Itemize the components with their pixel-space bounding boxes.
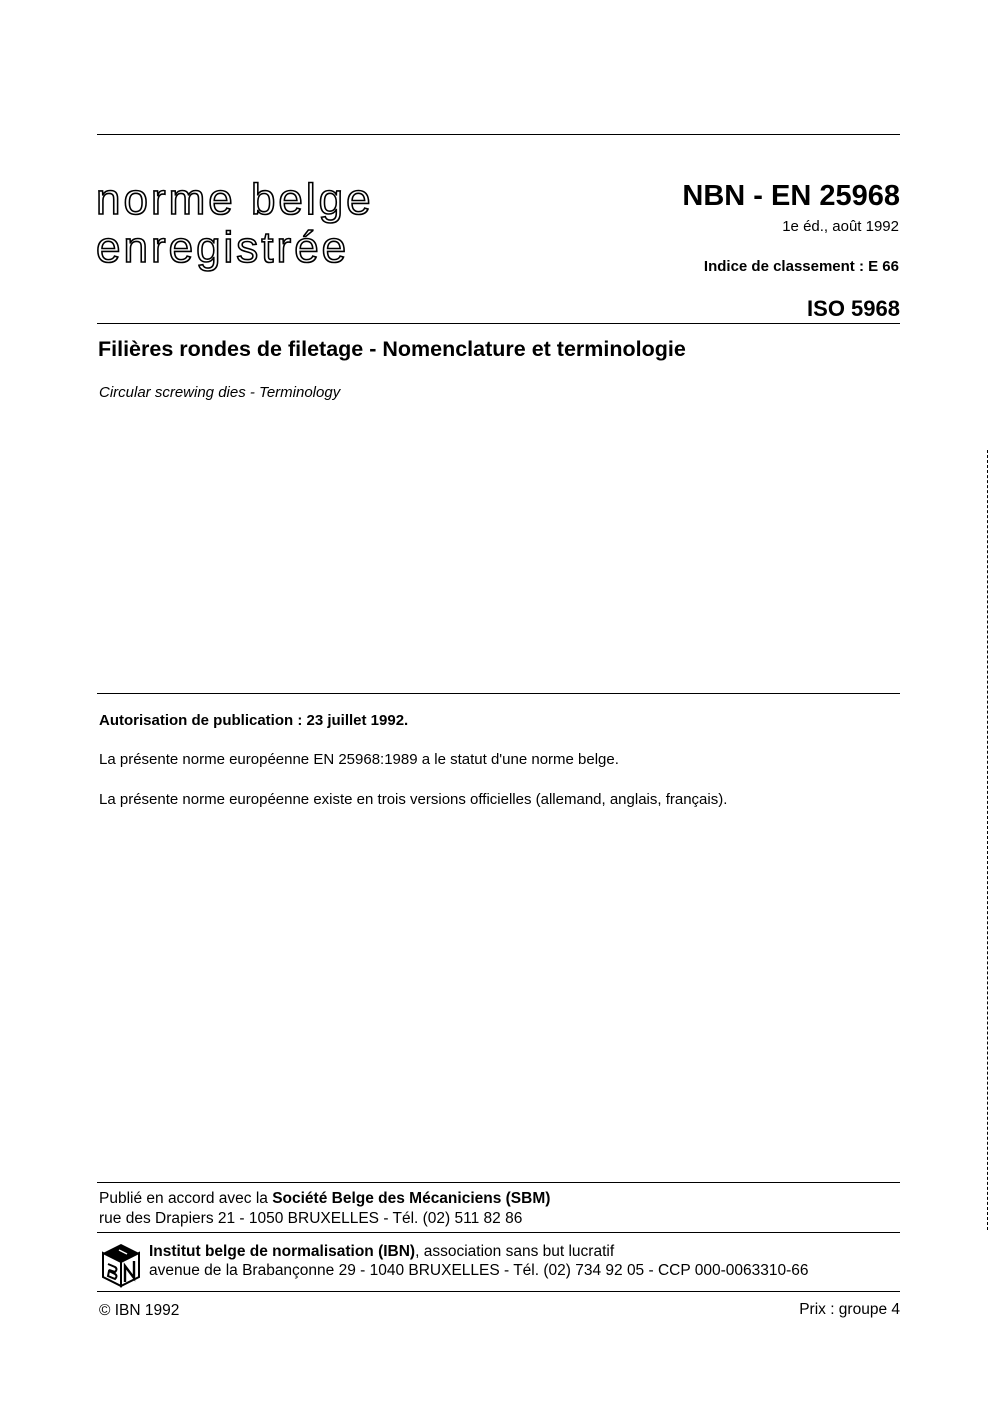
partner-name: Société Belge des Mécaniciens (SBM) — [272, 1190, 550, 1207]
price-group: Prix : groupe 4 — [799, 1301, 900, 1319]
footer-rule-top — [97, 1182, 900, 1183]
copyright: © IBN 1992 — [99, 1302, 179, 1320]
ibn-cube-logo-icon — [101, 1242, 141, 1288]
status-statement: La présente norme européenne EN 25968:19… — [99, 751, 619, 768]
publication-authorization: Autorisation de publication : 23 juillet… — [99, 712, 408, 729]
header-rule — [97, 323, 900, 324]
versions-statement: La présente norme européenne existe en t… — [99, 791, 727, 808]
english-title: Circular screwing dies - Terminology — [99, 384, 340, 401]
institute-suffix: , association sans but lucratif — [415, 1243, 614, 1260]
top-rule — [97, 134, 900, 135]
partner-line: Publié en accord avec la Société Belge d… — [99, 1190, 550, 1208]
institute-address: avenue de la Brabançonne 29 - 1040 BRUXE… — [149, 1262, 808, 1280]
french-title: Filières rondes de filetage - Nomenclatu… — [98, 337, 686, 362]
edition-date: 1e éd., août 1992 — [782, 218, 899, 235]
standard-number: NBN - EN 25968 — [682, 180, 900, 213]
partner-address: rue des Drapiers 21 - 1050 BRUXELLES - T… — [99, 1210, 522, 1228]
classification-index: Indice de classement : E 66 — [704, 258, 899, 275]
brand-title-line1: norme belge — [96, 178, 374, 222]
partner-prefix: Publié en accord avec la — [99, 1190, 272, 1207]
institute-line: Institut belge de normalisation (IBN), a… — [149, 1243, 614, 1261]
footer-rule-bottom — [97, 1291, 900, 1292]
institute-name: Institut belge de normalisation (IBN) — [149, 1243, 415, 1260]
iso-reference: ISO 5968 — [807, 296, 900, 322]
mid-rule — [97, 693, 900, 694]
footer-rule-middle — [97, 1232, 900, 1233]
brand-title-line2: enregistrée — [96, 226, 349, 270]
scan-edge-mark — [987, 450, 988, 1230]
